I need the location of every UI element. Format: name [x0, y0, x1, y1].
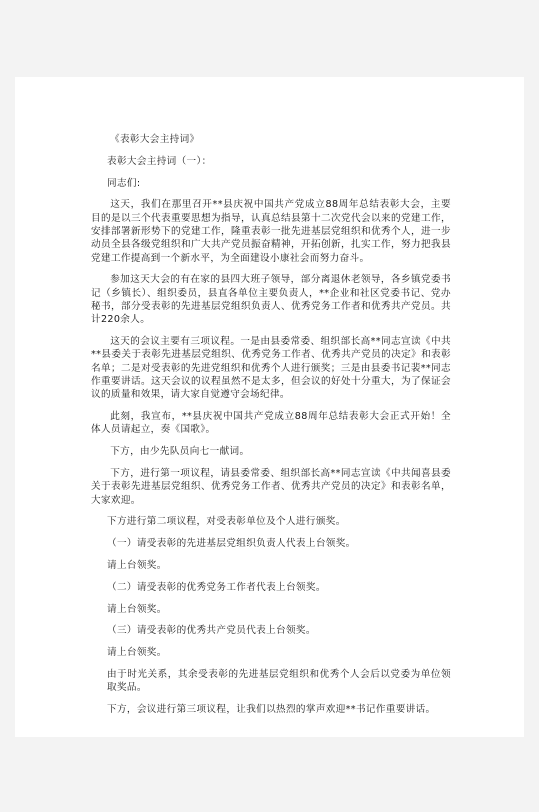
line-third-agenda: 下方，会议进行第三项议程，让我们以热烈的掌声欢迎**书记作重要讲话。	[91, 703, 451, 716]
document-page: 《表彰大会主持词》 表彰大会主持词（一）： 同志们: 这天，我们在那里召开**县…	[15, 77, 524, 737]
paragraph-opening: 这天，我们在那里召开**县庆祝中国共产党成立88周年总结表彰大会，主要目的是以三…	[91, 198, 451, 264]
line-award-2: （二）请受表彰的优秀党务工作者代表上台领奖。	[91, 581, 451, 594]
line-award-1: （一）请受表彰的先进基层党组织负责人代表上台领奖。	[91, 537, 451, 550]
paragraph-agenda: 这天的会议主要有三项议程。一是由县委常委、组织部长高**同志宣读《中共**县委关…	[91, 335, 451, 401]
paragraph-attendees: 参加这天大会的有在家的县四大班子领导，部分离退休老领导，各乡镇党委书记（乡镇长）…	[91, 273, 451, 326]
line-invite-2: 请上台领奖。	[91, 603, 451, 616]
paragraph-first-agenda: 下方，进行第一项议程，请县委常委、组织部长高**同志宣读《中共闻喜县委关于表彰先…	[91, 467, 451, 507]
line-second-agenda: 下方进行第二项议程，对受表彰单位及个人进行颁奖。	[91, 515, 451, 528]
document-subtitle: 表彰大会主持词（一）：	[91, 155, 451, 168]
line-invite-3: 请上台领奖。	[91, 646, 451, 659]
greeting: 同志们:	[91, 177, 451, 190]
line-invite-1: 请上台领奖。	[91, 559, 451, 572]
document-title: 《表彰大会主持词》	[91, 133, 451, 146]
paragraph-announcement: 此刻，我宣布，**县庆祝中国共产党成立88周年总结表彰大会正式开始！全体人员请起…	[91, 410, 451, 437]
line-award-3: （三）请受表彰的优秀共产党员代表上台领奖。	[91, 624, 451, 637]
document-body: 《表彰大会主持词》 表彰大会主持词（一）： 同志们: 这天，我们在那里召开**县…	[91, 133, 451, 725]
paragraph-tribute: 下方，由少先队员向七一献词。	[91, 445, 451, 458]
line-remaining-awards: 由于时光关系，其余受表彰的先进基层党组织和优秀个人会后以党委为单位领取奖品。	[91, 668, 451, 695]
